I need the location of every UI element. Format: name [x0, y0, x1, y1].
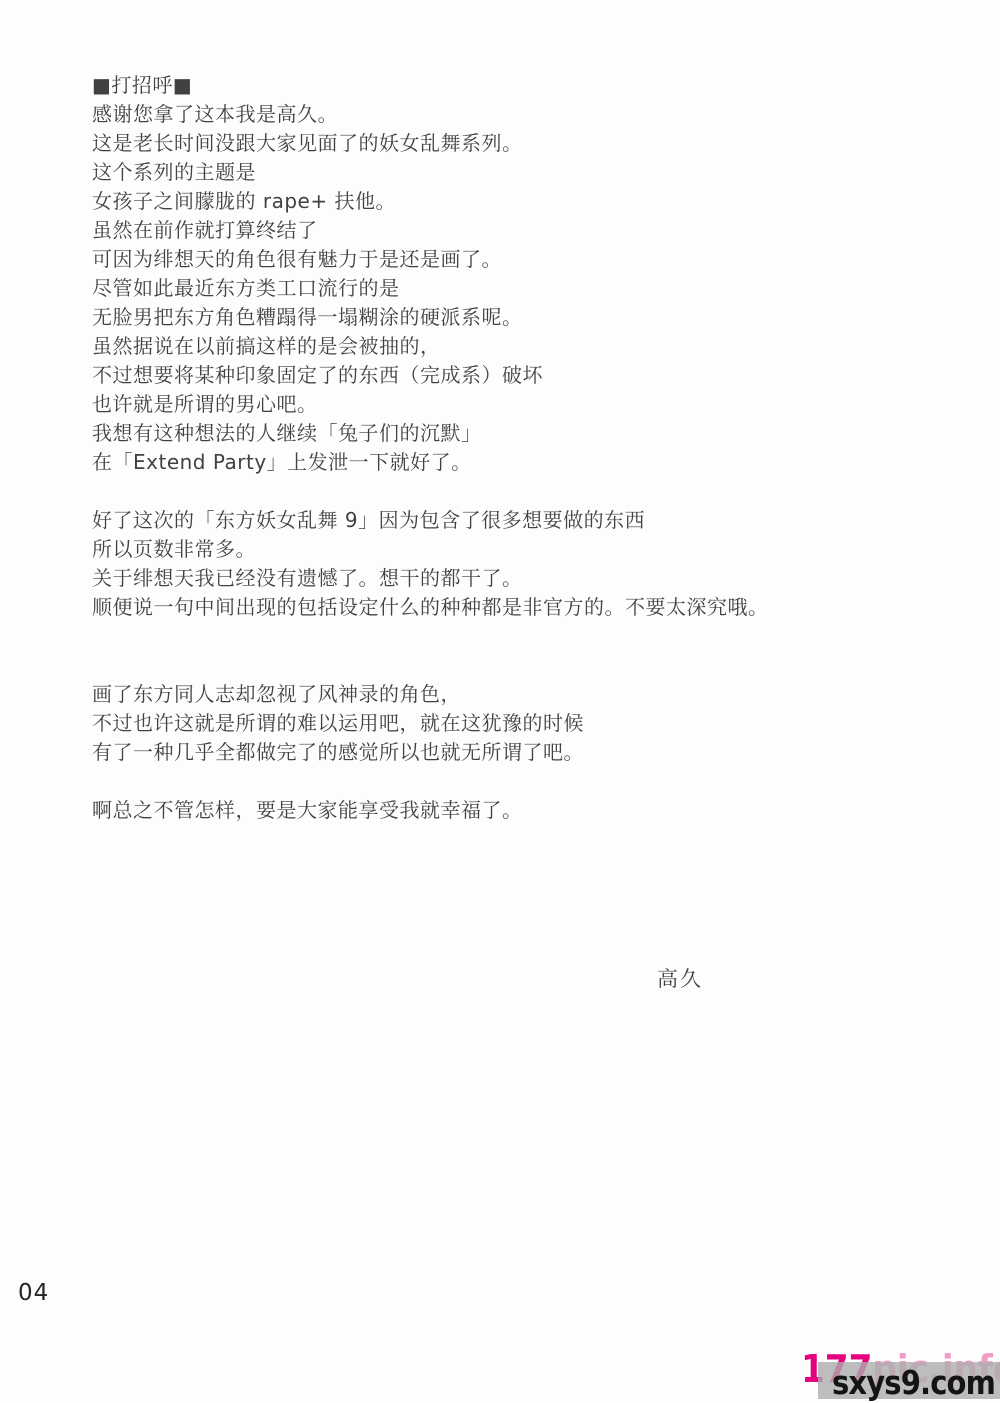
text-line: 虽然在前作就打算终结了: [92, 216, 902, 245]
text-line: 可因为绯想天的角色很有魅力于是还是画了。: [92, 245, 902, 274]
text-line: 在「Extend Party」上发泄一下就好了。: [92, 448, 902, 477]
scan-page: ■打招呼■感谢您拿了这本我是高久。这是老长时间没跟大家见面了的妖女乱舞系列。这个…: [0, 0, 1000, 1403]
author-signature: 高久: [657, 963, 703, 993]
afterword-paragraph-2: 好了这次的「东方妖女乱舞 9」因为包含了很多想要做的东西所以页数非常多。关于绯想…: [92, 506, 902, 622]
text-line: 关于绯想天我已经没有遗憾了。想干的都干了。: [92, 564, 902, 593]
text-line: 尽管如此最近东方类工口流行的是: [92, 274, 902, 303]
text-line: 我想有这种想法的人继续「兔子们的沉默」: [92, 419, 902, 448]
text-line: 这个系列的主题是: [92, 158, 902, 187]
afterword-text: ■打招呼■感谢您拿了这本我是高久。这是老长时间没跟大家见面了的妖女乱舞系列。这个…: [92, 71, 902, 825]
text-line: 无脸男把东方角色糟蹋得一塌糊涂的硬派系呢。: [92, 303, 902, 332]
text-line: 也许就是所谓的男心吧。: [92, 390, 902, 419]
afterword-paragraph-1: ■打招呼■感谢您拿了这本我是高久。这是老长时间没跟大家见面了的妖女乱舞系列。这个…: [92, 71, 902, 477]
page-number: 04: [18, 1280, 49, 1306]
text-line: 好了这次的「东方妖女乱舞 9」因为包含了很多想要做的东西: [92, 506, 902, 535]
text-line: 画了东方同人志却忽视了风神录的角色，: [92, 680, 902, 709]
afterword-paragraph-3: 画了东方同人志却忽视了风神录的角色，不过也许这就是所谓的难以运用吧，就在这犹豫的…: [92, 680, 902, 767]
text-line: 有了一种几乎全都做完了的感觉所以也就无所谓了吧。: [92, 738, 902, 767]
text-line: 女孩子之间朦胧的 rape+ 扶他。: [92, 187, 902, 216]
text-line: 不过想要将某种印象固定了的东西（完成系）破坏: [92, 361, 902, 390]
watermark-sxys9: sxys9.com: [832, 1363, 995, 1402]
text-line: 这是老长时间没跟大家见面了的妖女乱舞系列。: [92, 129, 902, 158]
text-line: 虽然据说在以前搞这样的是会被抽的，: [92, 332, 902, 361]
text-line: 所以页数非常多。: [92, 535, 902, 564]
text-line: ■打招呼■: [92, 71, 902, 100]
text-line: 顺便说一句中间出现的包括设定什么的种种都是非官方的。不要太深究哦。: [92, 593, 902, 622]
afterword-paragraph-4: 啊总之不管怎样，要是大家能享受我就幸福了。: [92, 796, 902, 825]
text-line: 啊总之不管怎样，要是大家能享受我就幸福了。: [92, 796, 902, 825]
text-line: 不过也许这就是所谓的难以运用吧，就在这犹豫的时候: [92, 709, 902, 738]
text-line: 感谢您拿了这本我是高久。: [92, 100, 902, 129]
